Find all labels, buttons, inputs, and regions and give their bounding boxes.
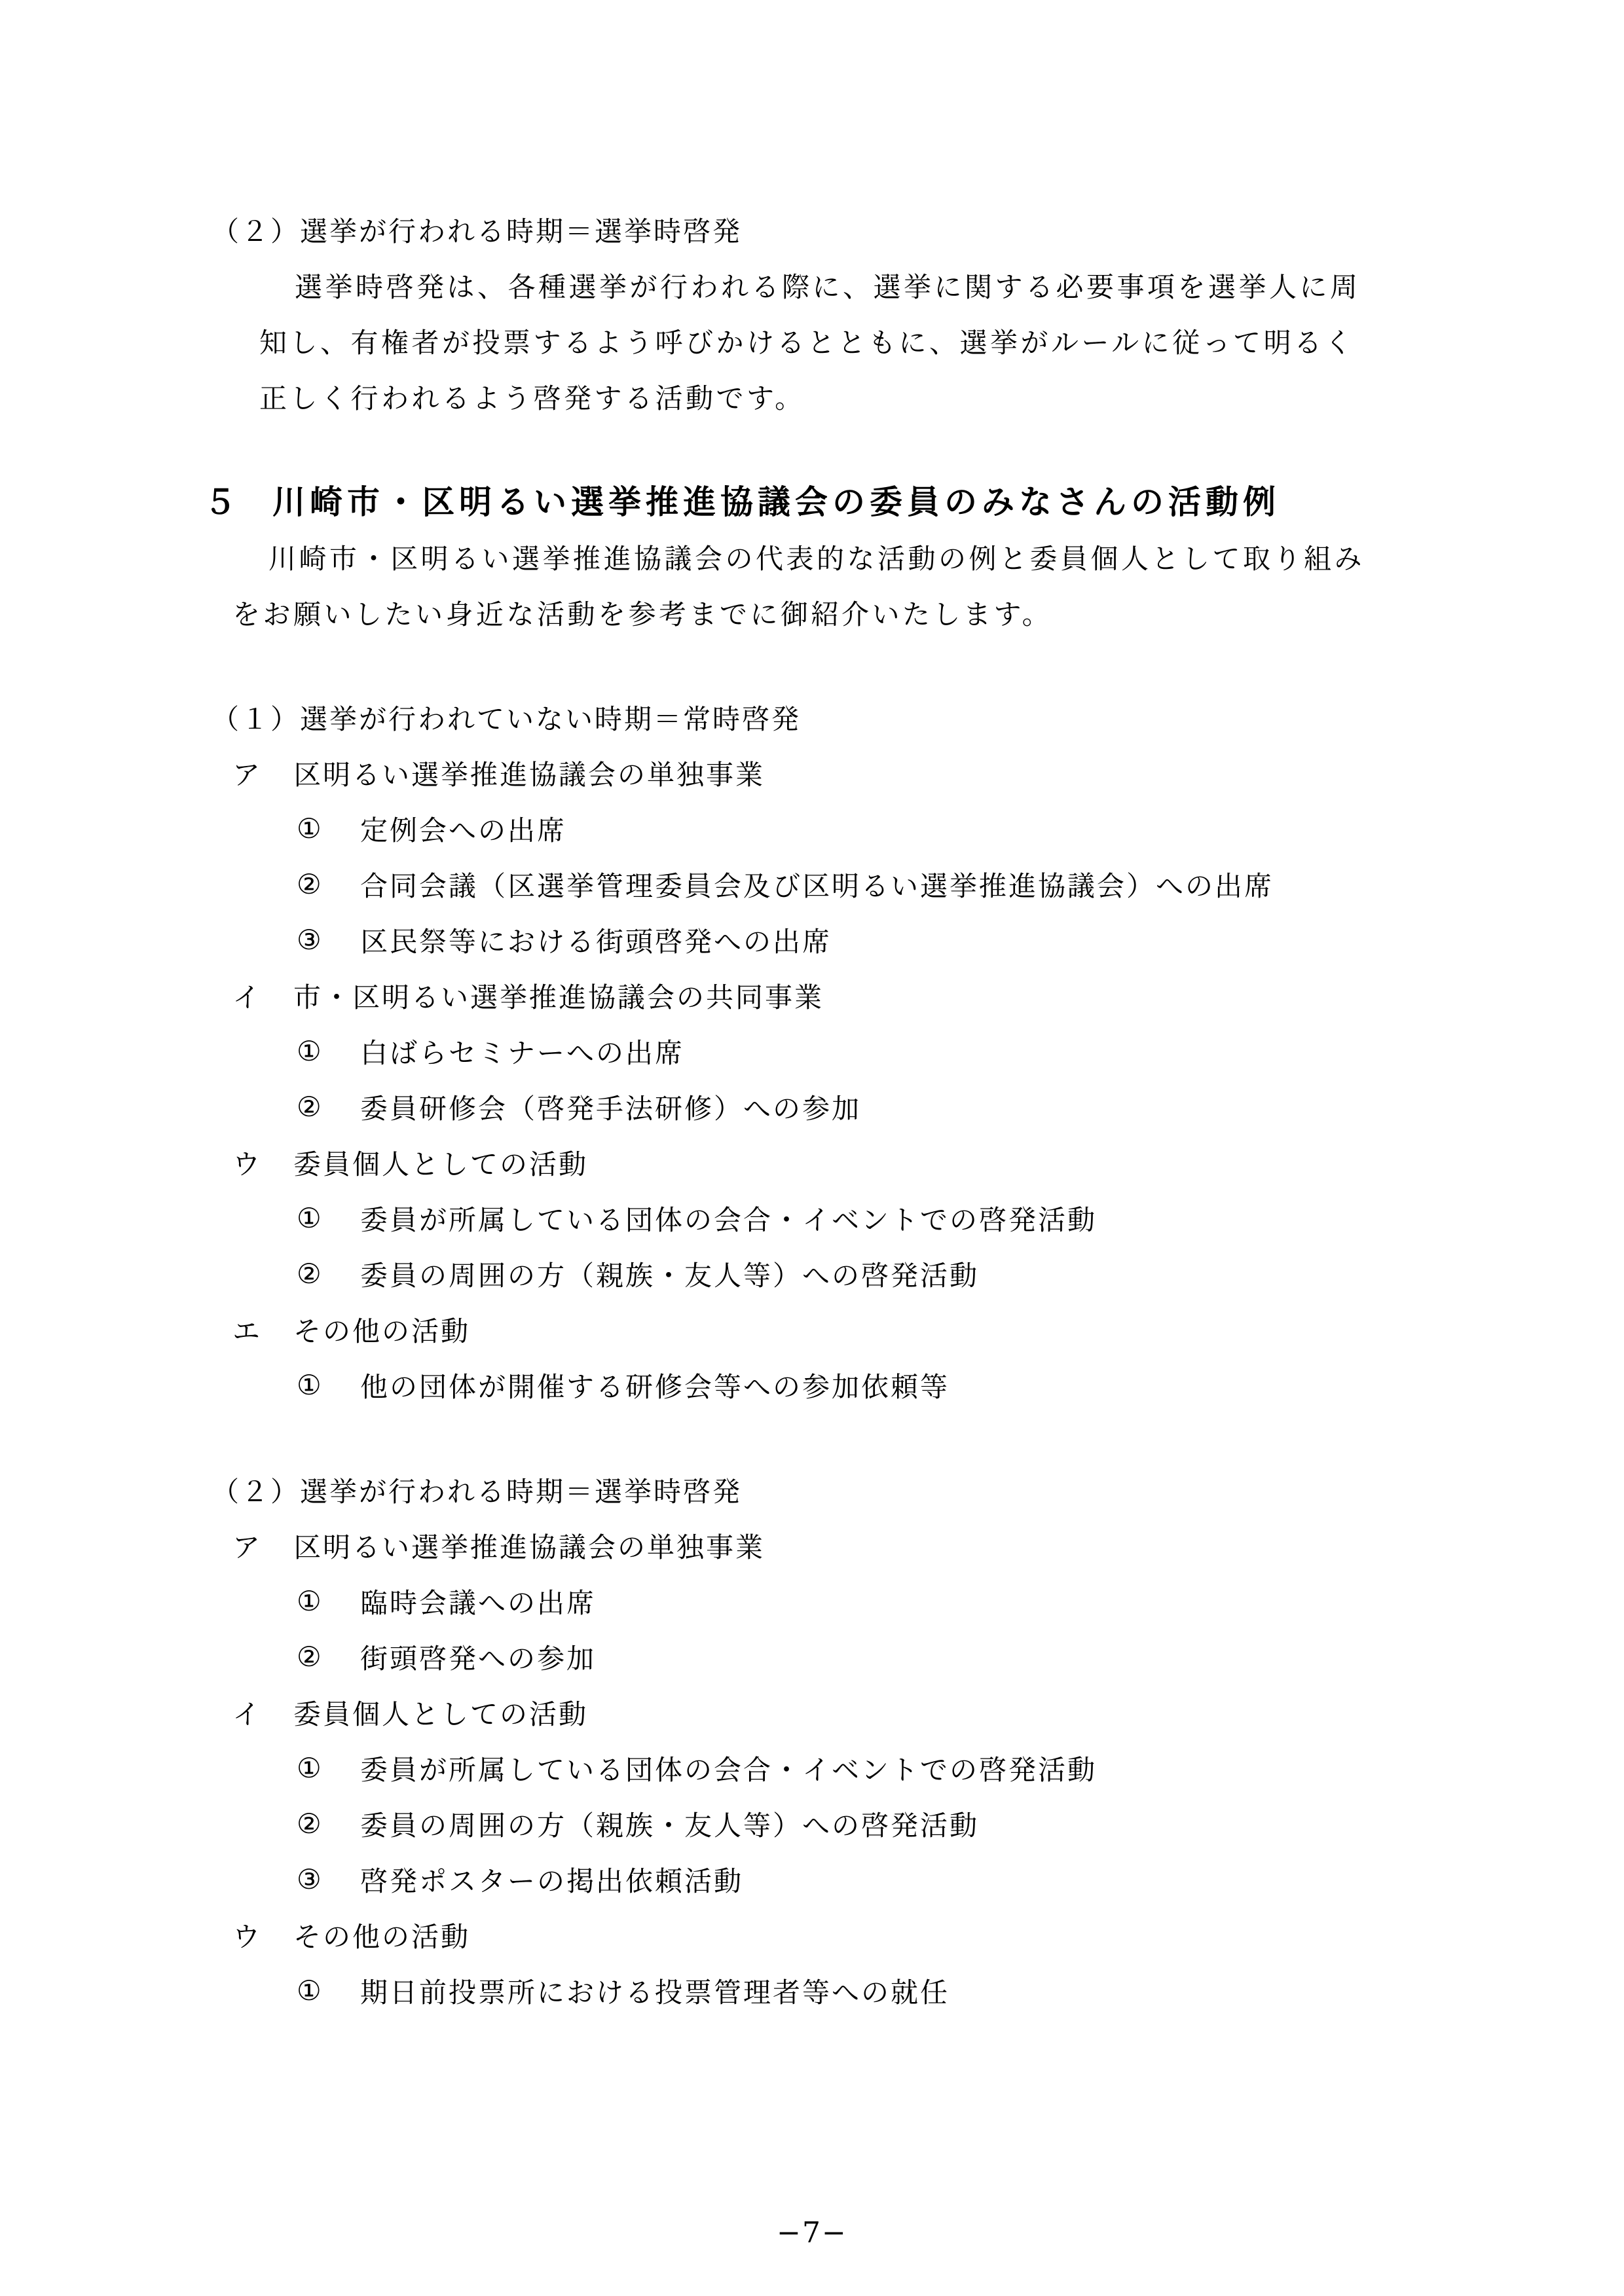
prelude-paragraph-line-2: 知し、有権者が投票するよう呼びかけるとともに、選挙がルールに従って明るく xyxy=(0,313,1624,369)
list-item: ②委員の周囲の方（親族・友人等）への啓発活動 xyxy=(0,1796,1624,1851)
spacer xyxy=(0,424,1624,470)
item-number: ① xyxy=(297,1585,360,1617)
item-text: 白ばらセミナーへの出席 xyxy=(360,1032,684,1071)
group-label: ア xyxy=(232,1526,293,1565)
list-item: ①他の団体が開催する研修会等への参加依頼等 xyxy=(0,1357,1624,1413)
item-text: 委員の周囲の方（親族・友人等）への啓発活動 xyxy=(360,1804,979,1844)
item-number: ② xyxy=(297,1091,360,1123)
group-title: 区明るい選挙推進協議会の単独事業 xyxy=(293,1526,765,1565)
section5-number: ５ xyxy=(204,476,272,523)
group-title: その他の活動 xyxy=(293,1310,470,1349)
item-number: ③ xyxy=(297,1863,360,1895)
prelude-paragraph-line-3: 正しく行われるよう啓発する活動です。 xyxy=(0,369,1624,424)
prelude-heading-line: （２）選挙が行われる時期＝選挙時啓発 xyxy=(0,202,1624,257)
item-number: ① xyxy=(297,1202,360,1234)
item-number: ① xyxy=(297,812,360,845)
period1-label: （１） xyxy=(212,698,300,737)
group-label: イ xyxy=(232,1693,293,1732)
item-number: ② xyxy=(297,1641,360,1673)
item-text: 他の団体が開催する研修会等への参加依頼等 xyxy=(360,1366,950,1405)
list-item: ①委員が所属している団体の会合・イベントでの啓発活動 xyxy=(0,1740,1624,1796)
item-text: 臨時会議への出席 xyxy=(360,1582,596,1621)
group-label: エ xyxy=(232,1310,293,1349)
group-label: ウ xyxy=(232,1916,293,1955)
group-title: 市・区明るい選挙推進協議会の共同事業 xyxy=(293,976,824,1015)
group-heading-line: ウその他の活動 xyxy=(0,1907,1624,1963)
section5-paragraph-line-2: をお願いしたい身近な活動を参考までに御紹介いたします。 xyxy=(0,585,1624,640)
document-page: （２）選挙が行われる時期＝選挙時啓発 選挙時啓発は、各種選挙が行われる際に、選挙… xyxy=(0,0,1624,2296)
item-number: ① xyxy=(297,1975,360,2007)
page-number: −7− xyxy=(0,2216,1624,2250)
spacer xyxy=(0,640,1624,689)
group-title: その他の活動 xyxy=(293,1916,470,1955)
list-item: ①期日前投票所における投票管理者等への就任 xyxy=(0,1963,1624,2018)
list-item: ③啓発ポスターの掲出依頼活動 xyxy=(0,1851,1624,1907)
item-text: 委員が所属している団体の会合・イベントでの啓発活動 xyxy=(360,1199,1097,1238)
period1-heading-line: （１）選挙が行われていない時期＝常時啓発 xyxy=(0,689,1624,745)
group-label: ウ xyxy=(232,1143,293,1182)
list-item: ①定例会への出席 xyxy=(0,801,1624,856)
item-text: 啓発ポスターの掲出依頼活動 xyxy=(360,1860,743,1899)
group-heading-line: イ市・区明るい選挙推進協議会の共同事業 xyxy=(0,968,1624,1023)
item-text: 委員の周囲の方（親族・友人等）への啓発活動 xyxy=(360,1254,979,1294)
list-item: ②委員研修会（啓発手法研修）への参加 xyxy=(0,1079,1624,1135)
item-text: 委員研修会（啓発手法研修）への参加 xyxy=(360,1087,861,1127)
list-item: ①委員が所属している団体の会合・イベントでの啓発活動 xyxy=(0,1190,1624,1246)
spacer xyxy=(0,1413,1624,1462)
item-number: ② xyxy=(297,1808,360,1840)
item-text: 定例会への出席 xyxy=(360,809,566,848)
period2-title: 選挙が行われる時期＝選挙時啓発 xyxy=(300,1470,742,1510)
section5-heading: ５川崎市・区明るい選挙推進協議会の委員のみなさんの活動例 xyxy=(0,470,1624,529)
group-label: イ xyxy=(232,976,293,1015)
section5-paragraph-line-1: 川崎市・区明るい選挙推進協議会の代表的な活動の例と委員個人として取り組み xyxy=(0,529,1624,585)
item-number: ③ xyxy=(297,924,360,956)
list-item: ①白ばらセミナーへの出席 xyxy=(0,1023,1624,1079)
group-title: 委員個人としての活動 xyxy=(293,1143,588,1182)
period2-label: （２） xyxy=(212,1470,300,1510)
prelude-title: 選挙が行われる時期＝選挙時啓発 xyxy=(300,210,742,249)
group-heading-line: ウ委員個人としての活動 xyxy=(0,1135,1624,1190)
group-title: 委員個人としての活動 xyxy=(293,1693,588,1732)
section5-title: 川崎市・区明るい選挙推進協議会の委員のみなさんの活動例 xyxy=(272,476,1280,523)
group-label: ア xyxy=(232,754,293,793)
period1-title: 選挙が行われていない時期＝常時啓発 xyxy=(300,698,801,737)
group-heading-line: ア区明るい選挙推進協議会の単独事業 xyxy=(0,1518,1624,1573)
list-item: ②合同会議（区選挙管理委員会及び区明るい選挙推進協議会）への出席 xyxy=(0,856,1624,912)
group-heading-line: ア区明るい選挙推進協議会の単独事業 xyxy=(0,745,1624,801)
list-item: ②街頭啓発への参加 xyxy=(0,1629,1624,1685)
list-item: ①臨時会議への出席 xyxy=(0,1573,1624,1629)
group-heading-line: イ委員個人としての活動 xyxy=(0,1685,1624,1740)
item-number: ① xyxy=(297,1369,360,1401)
item-text: 合同会議（区選挙管理委員会及び区明るい選挙推進協議会）への出席 xyxy=(360,865,1274,904)
item-text: 期日前投票所における投票管理者等への就任 xyxy=(360,1971,950,2011)
prelude-paragraph-line-1: 選挙時啓発は、各種選挙が行われる際に、選挙に関する必要事項を選挙人に周 xyxy=(0,257,1624,313)
period2-heading-line: （２）選挙が行われる時期＝選挙時啓発 xyxy=(0,1462,1624,1518)
group-title: 区明るい選挙推進協議会の単独事業 xyxy=(293,754,765,793)
list-item: ③区民祭等における街頭啓発への出席 xyxy=(0,912,1624,968)
group-heading-line: エその他の活動 xyxy=(0,1302,1624,1357)
item-number: ① xyxy=(297,1035,360,1067)
item-number: ② xyxy=(297,868,360,900)
item-number: ② xyxy=(297,1258,360,1290)
list-item: ②委員の周囲の方（親族・友人等）への啓発活動 xyxy=(0,1246,1624,1302)
item-text: 委員が所属している団体の会合・イベントでの啓発活動 xyxy=(360,1749,1097,1788)
prelude-label: （２） xyxy=(212,210,300,249)
item-text: 街頭啓発への参加 xyxy=(360,1637,596,1677)
item-text: 区民祭等における街頭啓発への出席 xyxy=(360,920,832,960)
item-number: ① xyxy=(297,1752,360,1784)
